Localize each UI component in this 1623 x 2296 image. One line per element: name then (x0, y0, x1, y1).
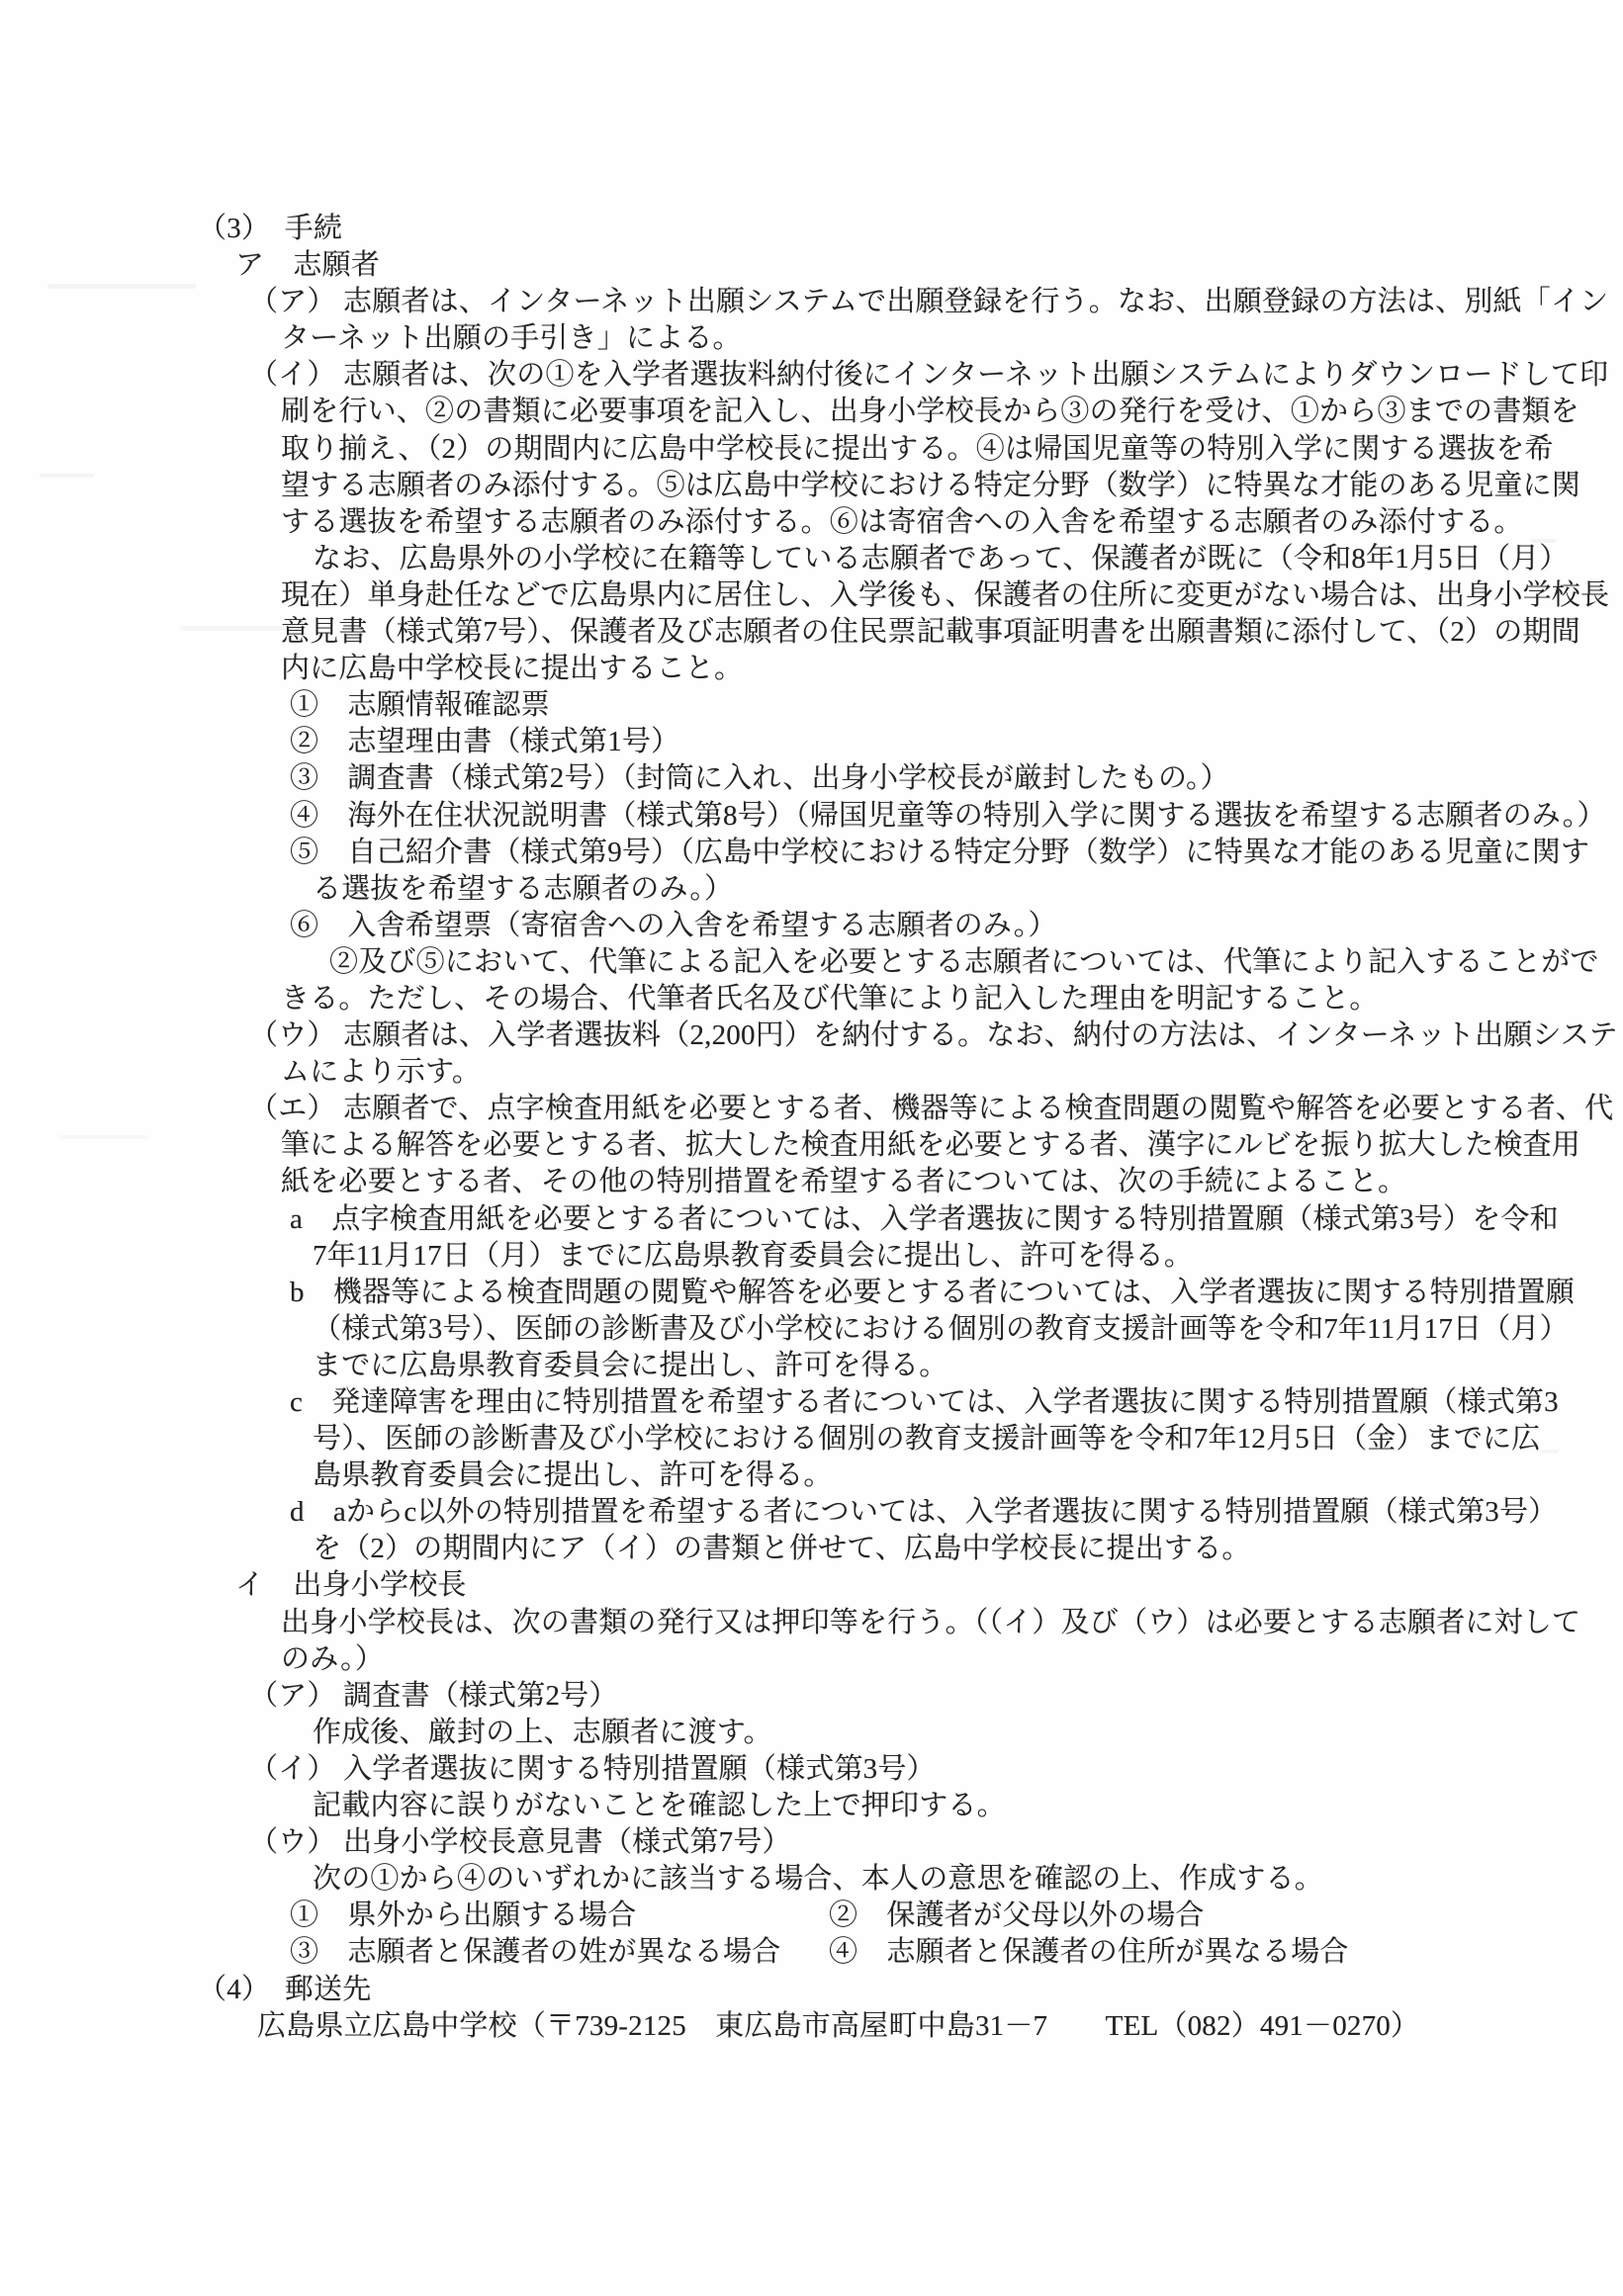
text-line: ④ 海外在住状況説明書（様式第8号）（帰国児童等の特別入学に関する選抜を希望する… (0, 798, 1623, 835)
text-line: ターネット出願の手引き」による。 (0, 320, 1623, 357)
text-lines: （3） 手続ア 志願者（ア） 志願者は、インターネット出願システムで出願登録を行… (0, 211, 1623, 2045)
list-item-right: ④ 志願者と保護者の住所が異なる場合 (829, 1936, 1349, 1968)
text-line: c 発達障害を理由に特別措置を希望する者については、入学者選抜に関する特別措置願… (0, 1384, 1623, 1421)
text-line: なお、広島県外の小学校に在籍等している志願者であって、保護者が既に（令和8年1月… (0, 541, 1623, 577)
text-line: ⑥ 入舎希望票（寄宿舎への入舎を希望する志願者のみ。） (0, 908, 1623, 944)
document-page: （3） 手続ア 志願者（ア） 志願者は、インターネット出願システムで出願登録を行… (0, 0, 1623, 2296)
text-line: （4） 郵送先 (0, 1972, 1623, 2008)
text-line: 号）、医師の診断書及び小学校における個別の教育支援計画等を令和7年12月5日（金… (0, 1421, 1623, 1457)
text-line: b 機器等による検査問題の閲覧や解答を必要とする者については、入学者選抜に関する… (0, 1275, 1623, 1311)
text-line: 次の①から④のいずれかに該当する場合、本人の意思を確認の上、作成する。 (0, 1861, 1623, 1898)
text-line: 作成後、厳封の上、志願者に渡す。 (0, 1715, 1623, 1751)
text-line: 現在）単身赴任などで広島県内に居住し、入学後も、保護者の住所に変更がない場合は、… (0, 577, 1623, 614)
text-line: る選抜を希望する志願者のみ。） (0, 871, 1623, 908)
text-line: （3） 手続 (0, 211, 1623, 247)
text-line: （ウ） 志願者は、入学者選抜料（2,200円）を納付する。なお、納付の方法は、イ… (0, 1017, 1623, 1054)
text-line: ムにより示す。 (0, 1054, 1623, 1091)
text-line: （ア） 志願者は、インターネット出願システムで出願登録を行う。なお、出願登録の方… (0, 284, 1623, 320)
text-line: ③ 調査書（様式第2号）（封筒に入れ、出身小学校長が厳封したもの。） (0, 760, 1623, 797)
text-line: のみ。） (0, 1641, 1623, 1678)
text-line: （イ） 入学者選抜に関する特別措置願（様式第3号） (0, 1751, 1623, 1788)
text-line: イ 出身小学校長 (0, 1567, 1623, 1604)
text-line: （様式第3号）、医師の診断書及び小学校における個別の教育支援計画等を令和7年11… (0, 1311, 1623, 1348)
text-line: する選抜を希望する志願者のみ添付する。⑥は寄宿舎への入舎を希望する志願者のみ添付… (0, 504, 1623, 541)
text-line: 望する志願者のみ添付する。⑤は広島中学校における特定分野（数学）に特異な才能のあ… (0, 468, 1623, 504)
text-line: 意見書（様式第7号）、保護者及び志願者の住民票記載事項証明書を出願書類に添付して… (0, 614, 1623, 651)
text-line: 筆による解答を必要とする者、拡大した検査用紙を必要とする者、漢字にルビを振り拡大… (0, 1127, 1623, 1164)
text-line: ア 志願者 (0, 247, 1623, 284)
text-line: 広島県立広島中学校（〒739-2125 東広島市高屋町中島31－7 TEL（08… (0, 2008, 1623, 2045)
text-line: までに広島県教育委員会に提出し、許可を得る。 (0, 1348, 1623, 1384)
text-line: きる。ただし、その場合、代筆者氏名及び代筆により記入した理由を明記すること。 (0, 981, 1623, 1017)
text-line: ⑤ 自己紹介書（様式第9号）（広島中学校における特定分野（数学）に特異な才能のあ… (0, 835, 1623, 871)
text-line: 紙を必要とする者、その他の特別措置を希望する者については、次の手続によること。 (0, 1164, 1623, 1200)
list-item-left: ① 県外から出願する場合 (290, 1898, 829, 1934)
list-item-right: ② 保護者が父母以外の場合 (829, 1899, 1205, 1931)
text-line: a 点字検査用紙を必要とする者については、入学者選抜に関する特別措置願（様式第3… (0, 1201, 1623, 1238)
text-line: 島県教育委員会に提出し、許可を得る。 (0, 1457, 1623, 1494)
text-line: （ウ） 出身小学校長意見書（様式第7号） (0, 1824, 1623, 1861)
text-line: ②及び⑤において、代筆による記入を必要とする志願者については、代筆により記入する… (0, 944, 1623, 981)
text-line: 刷を行い、②の書類に必要事項を記入し、出身小学校長から③の発行を受け、①から③ま… (0, 394, 1623, 430)
text-line: ③ 志願者と保護者の姓が異なる場合④ 志願者と保護者の住所が異なる場合 (0, 1934, 1623, 1971)
text-line: 7年11月17日（月）までに広島県教育委員会に提出し、許可を得る。 (0, 1238, 1623, 1275)
text-line: 記載内容に誤りがないことを確認した上で押印する。 (0, 1788, 1623, 1824)
text-line: 内に広島中学校長に提出すること。 (0, 651, 1623, 687)
text-line: を（2）の期間内にア（イ）の書類と併せて、広島中学校長に提出する。 (0, 1531, 1623, 1567)
text-line: （イ） 志願者は、次の①を入学者選抜料納付後にインターネット出願システムによりダ… (0, 357, 1623, 394)
text-line: d aからc以外の特別措置を希望する者については、入学者選抜に関する特別措置願（… (0, 1494, 1623, 1531)
text-line: ① 志願情報確認票 (0, 687, 1623, 724)
list-item-left: ③ 志願者と保護者の姓が異なる場合 (290, 1934, 829, 1971)
text-line: ① 県外から出願する場合② 保護者が父母以外の場合 (0, 1898, 1623, 1934)
text-line: 取り揃え、（2）の期間内に広島中学校長に提出する。④は帰国児童等の特別入学に関す… (0, 431, 1623, 468)
text-line: ② 志望理由書（様式第1号） (0, 724, 1623, 760)
text-line: 出身小学校長は、次の書類の発行又は押印等を行う。（（イ）及び（ウ）は必要とする志… (0, 1605, 1623, 1641)
text-line: （ア） 調査書（様式第2号） (0, 1678, 1623, 1715)
text-line: （エ） 志願者で、点字検査用紙を必要とする者、機器等による検査問題の閲覧や解答を… (0, 1091, 1623, 1127)
